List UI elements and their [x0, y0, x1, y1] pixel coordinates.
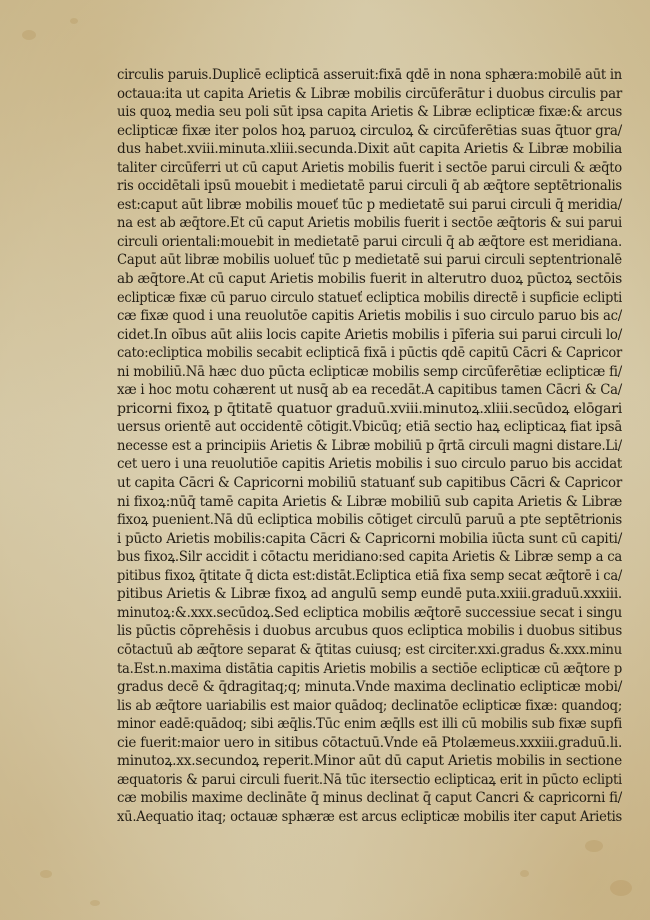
text-line: eclipticæ fixæ cū paruo circulo statueť …	[117, 289, 622, 308]
text-line: pricorni fixoꝝ p q̄titatē quatuor graduū…	[117, 400, 622, 419]
text-line: uersus orientē aut occidentē cōtigit.Vbi…	[117, 418, 622, 437]
text-line: cato:ecliptica mobilis secabit eclipticā…	[117, 344, 622, 363]
text-line: xæ i hoc motu cohærent ut nusq̄ ab ea re…	[117, 381, 622, 400]
text-line: ris occidētali ipsū mouebit i medietatē …	[117, 177, 622, 196]
text-line: minor eadē:quādoq; sibi æq̄lis.Tūc enim …	[117, 715, 622, 734]
text-line: dus habet.xviii.minuta.xliii.secunda.Dix…	[117, 140, 622, 159]
text-line: ni mobiliū.Nā hæc duo pūcta eclipticæ mo…	[117, 363, 622, 382]
text-line: cie fuerit:maior uero in sitibus cōtactu…	[117, 734, 622, 753]
text-line: bus fixoꝝ.Silr accidit i cōtactu meridia…	[117, 548, 622, 567]
text-line: ab æq̄tore.At cū caput Arietis mobilis f…	[117, 270, 622, 289]
text-line: Caput aūt libræ mobilis uolueť tūc p med…	[117, 251, 622, 270]
text-line: circuli orientali:mouebit in medietatē p…	[117, 233, 622, 252]
text-line: gradus decē & q̄dragitaq;q; minuta.Vnde …	[117, 678, 622, 697]
paper-stain	[22, 30, 36, 40]
text-line: na est ab æq̄tore.Et cū caput Arietis mo…	[117, 214, 622, 233]
text-line: uis quoꝝ media seu poli sūt ipsa capita …	[117, 103, 622, 122]
text-line: i pūcto Arietis mobilis:capita Cācri & C…	[117, 530, 622, 549]
text-line: eclipticæ fixæ iter polos hoꝝ paruoꝝ cir…	[117, 122, 622, 141]
text-line: necesse est a principiis Arietis & Libræ…	[117, 437, 622, 456]
text-line: circulis paruis.Duplicē eclipticā asseru…	[117, 66, 622, 85]
text-line: pitibus Arietis & Libræ fixoꝝ ad angulū …	[117, 585, 622, 604]
text-line: octaua:ita ut capita Arietis & Libræ mob…	[117, 85, 622, 104]
text-line: cæ mobilis maxime declināte q̄ minus dec…	[117, 789, 622, 808]
paper-stain	[70, 18, 78, 24]
text-line: cidet.In oībus aūt aliis locis capite Ar…	[117, 326, 622, 345]
text-line: est:caput aūt libræ mobilis moueť tūc p …	[117, 196, 622, 215]
text-line: lis pūctis cōprehēsis i duobus arcubus q…	[117, 622, 622, 641]
text-line: cæ fixæ quod i una reuolutōe capitis Ari…	[117, 307, 622, 326]
paper-stain	[610, 880, 632, 896]
text-line: pitibus fixoꝝ q̄titate q̄ dicta est:dist…	[117, 567, 622, 586]
text-line: minutoꝝ:&.xxx.secūdoꝝ.Sed ecliptica mobi…	[117, 604, 622, 623]
paper-stain	[40, 870, 52, 878]
text-line: minutoꝝ.xx.secundoꝝ reperit.Minor aūt dū…	[117, 752, 622, 771]
body-text: circulis paruis.Duplicē eclipticā asseru…	[117, 66, 622, 826]
text-line: fixoꝝ puenient.Nā dū ecliptica mobilis c…	[117, 511, 622, 530]
text-line: lis ab æq̄tore uariabilis est maior quād…	[117, 697, 622, 716]
text-line: xū.Aequatio itaq; octauæ sphæræ est arcu…	[117, 808, 622, 827]
text-line: ni fixoꝝ:nūq̄ tamē capita Arietis & Libr…	[117, 493, 622, 512]
text-line: ut capita Cācri & Capricorni mobiliū sta…	[117, 474, 622, 493]
text-line: æquatoris & parui circuli fuerit.Nā tūc …	[117, 771, 622, 790]
text-line: cet uero i una reuolutiōe capitis Arieti…	[117, 455, 622, 474]
paper-stain	[520, 870, 529, 877]
text-line: cōtactuū ab æq̄tore separat & q̄titas cu…	[117, 641, 622, 660]
text-line: taliter circūferri ut cū caput Arietis m…	[117, 159, 622, 178]
manuscript-page: circulis paruis.Duplicē eclipticā asseru…	[0, 0, 650, 920]
paper-stain	[585, 840, 603, 852]
text-line: ta.Est.n.maxima distātia capitis Arietis…	[117, 660, 622, 679]
paper-stain	[90, 900, 100, 906]
